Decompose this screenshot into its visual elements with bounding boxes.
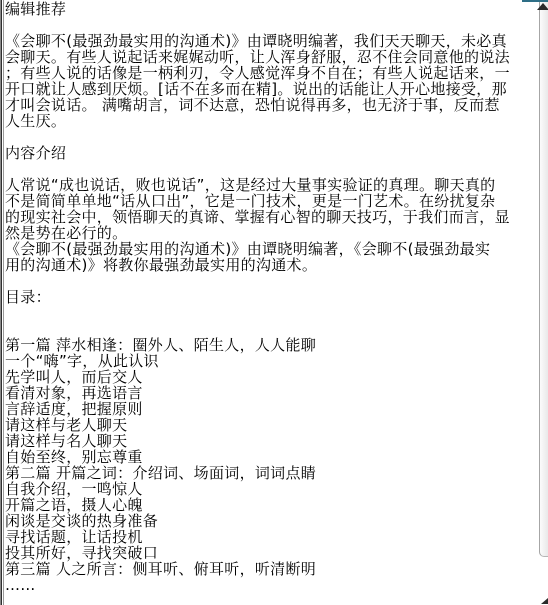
text-line: 开篇之语，摄人心魄 bbox=[5, 497, 536, 513]
text-line: 才叫会说话。 满嘴胡言，词不达意，恐怕说得再多，也无济于事，反而惹 bbox=[5, 97, 536, 113]
text-line: 《会聊不(最强劲最实用的沟通术)》由谭晓明编著，我们天天聊天，未必真 bbox=[5, 33, 536, 49]
text-line: 人生厌。 bbox=[5, 113, 536, 129]
text-line: 的现实社会中，领悟聊天的真谛、掌握有心智的聊天技巧，于我们而言，显 bbox=[5, 209, 536, 225]
text-line bbox=[5, 273, 536, 289]
text-line bbox=[5, 321, 536, 337]
text-line: 请这样与名人聊天 bbox=[5, 433, 536, 449]
text-line: 第三篇 人之所言：侧耳听、俯耳听，听清断明 bbox=[5, 561, 536, 577]
text-line: 投其所好，寻找突破口 bbox=[5, 545, 536, 561]
text-line: 然是势在必行的。 bbox=[5, 225, 536, 241]
text-line: 自我介绍，一鸣惊人 bbox=[5, 481, 536, 497]
text-line: 目录： bbox=[5, 289, 536, 305]
text-line: 人常说“成也说话，败也说话”，这是经过大量事实验证的真理。聊天真的 bbox=[5, 177, 536, 193]
text-line: 先学叫人，而后交人 bbox=[5, 369, 536, 385]
text-line: 请这样与老人聊天 bbox=[5, 417, 536, 433]
text-line: ；有些人说的话像是一柄利刃，令人感觉浑身不自在；有些人说起话来，一 bbox=[5, 65, 536, 81]
text-line: 看清对象，再选语言 bbox=[5, 385, 536, 401]
text-line: 寻找话题，让话投机 bbox=[5, 529, 536, 545]
text-line: …… bbox=[5, 577, 536, 593]
text-line: 会聊天。有些人说起话来娓娓动听，让人浑身舒服，忍不住会同意他的说法 bbox=[5, 49, 536, 65]
text-line: 言辞适度，把握原则 bbox=[5, 401, 536, 417]
document-content: 编辑推荐 《会聊不(最强劲最实用的沟通术)》由谭晓明编著，我们天天聊天，未必真 … bbox=[5, 1, 536, 593]
text-line: 第一篇 萍水相逢：圈外人、陌生人，人人能聊 bbox=[5, 337, 536, 353]
text-line: 自始至终，别忘尊重 bbox=[5, 449, 536, 465]
window-corner-mark-icon bbox=[541, 598, 548, 604]
text-line bbox=[5, 129, 536, 145]
text-line bbox=[5, 17, 536, 33]
scrollbar-track[interactable] bbox=[539, 2, 548, 557]
text-line: 用的沟通术)》将教你最强劲最实用的沟通术。 bbox=[5, 257, 536, 273]
text-line: 一个“嗨”字，从此认识 bbox=[5, 353, 536, 369]
book-description-page: 编辑推荐 《会聊不(最强劲最实用的沟通术)》由谭晓明编著，我们天天聊天，未必真 … bbox=[0, 0, 548, 605]
text-line: 不是简简单单地“话从口出”，它是一门技术，更是一门艺术。在纷扰复杂 bbox=[5, 193, 536, 209]
text-line: 内容介绍 bbox=[5, 145, 536, 161]
text-line: 闲谈是交谈的热身准备 bbox=[5, 513, 536, 529]
text-line: 《会聊不(最强劲最实用的沟通术)》由谭晓明编著，《会聊不(最强劲最实 bbox=[5, 241, 536, 257]
text-line: 第二篇 开篇之词：介绍词、场面词，词词点睛 bbox=[5, 465, 536, 481]
window-left-edge bbox=[0, 0, 4, 605]
scroll-up-arrow-icon[interactable] bbox=[537, 3, 548, 10]
text-line: 开口就让人感到厌烦。[话不在多而在精]。说出的话能让人开心地接受，那 bbox=[5, 81, 536, 97]
text-line bbox=[5, 161, 536, 177]
text-line bbox=[5, 305, 536, 321]
text-line: 编辑推荐 bbox=[5, 1, 536, 17]
